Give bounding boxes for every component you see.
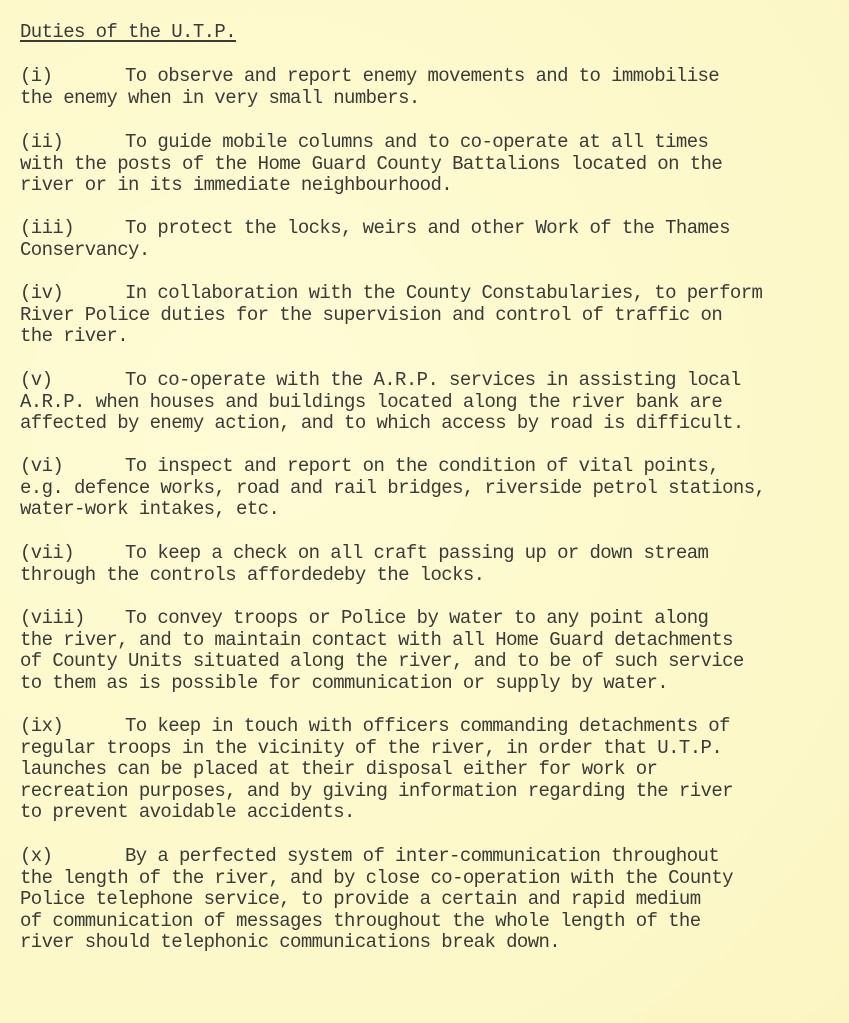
duty-line: of County Units situated along the river… bbox=[20, 651, 840, 673]
duty-text: To convey troops or Police by water to a… bbox=[125, 607, 708, 629]
duty-line: with the posts of the Home Guard County … bbox=[20, 154, 840, 176]
duty-label: (v) bbox=[20, 370, 125, 392]
duty-line: (viii)To convey troops or Police by wate… bbox=[20, 608, 840, 630]
duty-item: (iii)To protect the locks, weirs and oth… bbox=[20, 218, 840, 261]
duty-item: (x)By a perfected system of inter-commun… bbox=[20, 846, 840, 954]
duty-label: (vii) bbox=[20, 543, 125, 565]
duty-line: of communication of messages throughout … bbox=[20, 911, 840, 933]
duty-line: (i)To observe and report enemy movements… bbox=[20, 66, 840, 88]
duty-line: regular troops in the vicinity of the ri… bbox=[20, 738, 840, 760]
duty-line: to them as is possible for communication… bbox=[20, 673, 840, 695]
duty-label: (iii) bbox=[20, 218, 125, 240]
duty-text: river or in its immediate neighbourhood. bbox=[20, 174, 452, 196]
duty-line: (iv)In collaboration with the County Con… bbox=[20, 283, 840, 305]
duty-text: Police telephone service, to provide a c… bbox=[20, 888, 701, 910]
duty-line: (iii)To protect the locks, weirs and oth… bbox=[20, 218, 840, 240]
duty-text: To inspect and report on the condition o… bbox=[125, 455, 719, 477]
duty-item: (ix)To keep in touch with officers comma… bbox=[20, 716, 840, 824]
duty-text: River Police duties for the supervision … bbox=[20, 304, 722, 326]
duty-text: launches can be placed at their disposal… bbox=[20, 758, 657, 780]
duty-line: Conservancy. bbox=[20, 240, 840, 262]
duty-text: To protect the locks, weirs and other Wo… bbox=[125, 217, 730, 239]
duty-label: (iv) bbox=[20, 283, 125, 305]
duty-line: Police telephone service, to provide a c… bbox=[20, 889, 840, 911]
duty-text: water-work intakes, etc. bbox=[20, 498, 279, 520]
duty-label: (ix) bbox=[20, 716, 125, 738]
duty-text: e.g. defence works, road and rail bridge… bbox=[20, 477, 765, 499]
duty-text: river should telephonic communications b… bbox=[20, 931, 560, 953]
duty-text: To observe and report enemy movements an… bbox=[125, 65, 719, 87]
duty-item: (vii)To keep a check on all craft passin… bbox=[20, 543, 840, 586]
document-title: Duties of the U.T.P. bbox=[20, 21, 236, 43]
duty-line: (v)To co-operate with the A.R.P. service… bbox=[20, 370, 840, 392]
duty-text: of communication of messages throughout … bbox=[20, 910, 701, 932]
duty-line: (ii)To guide mobile columns and to co-op… bbox=[20, 132, 840, 154]
duty-text: to prevent avoidable accidents. bbox=[20, 801, 355, 823]
duty-text: Conservancy. bbox=[20, 239, 150, 261]
duty-item: (vi)To inspect and report on the conditi… bbox=[20, 456, 840, 521]
duty-text: recreation purposes, and by giving infor… bbox=[20, 780, 733, 802]
duty-text: of County Units situated along the river… bbox=[20, 650, 744, 672]
duty-text: In collaboration with the County Constab… bbox=[125, 282, 762, 304]
duty-line: A.R.P. when houses and buildings located… bbox=[20, 392, 840, 414]
duty-line: water-work intakes, etc. bbox=[20, 499, 840, 521]
duty-text: To co-operate with the A.R.P. services i… bbox=[125, 369, 741, 391]
duty-text: By a perfected system of inter-communica… bbox=[125, 845, 719, 867]
duty-text: To keep a check on all craft passing up … bbox=[125, 542, 708, 564]
duty-label: (vi) bbox=[20, 456, 125, 478]
duty-text: affected by enemy action, and to which a… bbox=[20, 412, 744, 434]
duty-line: the river, and to maintain contact with … bbox=[20, 630, 840, 652]
duty-item: (i)To observe and report enemy movements… bbox=[20, 66, 840, 109]
duty-label: (x) bbox=[20, 846, 125, 868]
duty-label: (viii) bbox=[20, 608, 125, 630]
duty-line: river should telephonic communications b… bbox=[20, 932, 840, 954]
duty-line: the length of the river, and by close co… bbox=[20, 868, 840, 890]
duty-line: launches can be placed at their disposal… bbox=[20, 759, 840, 781]
duty-line: (x)By a perfected system of inter-commun… bbox=[20, 846, 840, 868]
duty-label: (ii) bbox=[20, 132, 125, 154]
duty-line: recreation purposes, and by giving infor… bbox=[20, 781, 840, 803]
duty-line: river or in its immediate neighbourhood. bbox=[20, 175, 840, 197]
duty-text: To keep in touch with officers commandin… bbox=[125, 715, 730, 737]
duty-line: the enemy when in very small numbers. bbox=[20, 88, 840, 110]
duty-text: through the controls affordedeby the loc… bbox=[20, 564, 484, 586]
duty-item: (viii)To convey troops or Police by wate… bbox=[20, 608, 840, 694]
duty-item: (ii)To guide mobile columns and to co-op… bbox=[20, 132, 840, 197]
duty-line: (vii)To keep a check on all craft passin… bbox=[20, 543, 840, 565]
duty-text: the enemy when in very small numbers. bbox=[20, 87, 420, 109]
duty-label: (i) bbox=[20, 66, 125, 88]
duty-item: (iv)In collaboration with the County Con… bbox=[20, 283, 840, 348]
duty-text: To guide mobile columns and to co-operat… bbox=[125, 131, 708, 153]
duty-line: the river. bbox=[20, 326, 840, 348]
duty-line: to prevent avoidable accidents. bbox=[20, 802, 840, 824]
duty-line: (ix)To keep in touch with officers comma… bbox=[20, 716, 840, 738]
duty-text: the length of the river, and by close co… bbox=[20, 867, 733, 889]
duty-item: (v)To co-operate with the A.R.P. service… bbox=[20, 370, 840, 435]
duty-text: regular troops in the vicinity of the ri… bbox=[20, 737, 722, 759]
duty-line: through the controls affordedeby the loc… bbox=[20, 565, 840, 587]
duty-line: (vi)To inspect and report on the conditi… bbox=[20, 456, 840, 478]
duty-line: e.g. defence works, road and rail bridge… bbox=[20, 478, 840, 500]
duty-line: affected by enemy action, and to which a… bbox=[20, 413, 840, 435]
duty-line: River Police duties for the supervision … bbox=[20, 305, 840, 327]
duty-text: A.R.P. when houses and buildings located… bbox=[20, 391, 722, 413]
duty-text: to them as is possible for communication… bbox=[20, 672, 668, 694]
duty-text: the river. bbox=[20, 325, 128, 347]
duty-text: the river, and to maintain contact with … bbox=[20, 629, 733, 651]
duty-text: with the posts of the Home Guard County … bbox=[20, 153, 722, 175]
